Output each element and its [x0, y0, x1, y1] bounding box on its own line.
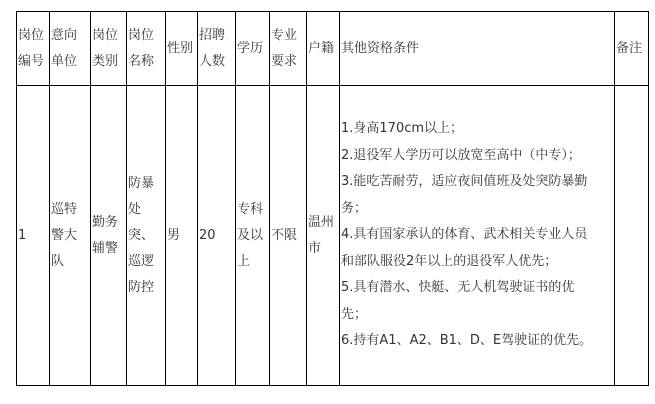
cell-count: 20: [198, 86, 236, 386]
table-row: 1 巡特警大队 勤务辅警 防暴处突、巡逻防控 男 20 专科及以上 不限 温州市…: [17, 86, 649, 386]
table-header-row: 岗位编号 意向单位 岗位类别 岗位名称 性别 招聘人数 学历 专业要求 户籍 其…: [17, 12, 649, 86]
cell-education: 专科及以上: [236, 86, 270, 386]
header-gender: 性别: [166, 12, 198, 86]
condition-line: 先；: [341, 302, 613, 329]
header-remarks: 备注: [615, 12, 649, 86]
condition-line: 4.具有国家承认的体育、武术相关专业人员: [341, 222, 613, 249]
header-post-no: 岗位编号: [17, 12, 50, 86]
header-unit: 意向单位: [50, 12, 91, 86]
condition-line: 5.具有潜水、快艇、无人机驾驶证书的优: [341, 275, 613, 302]
header-hukou: 户籍: [307, 12, 340, 86]
cell-post-no: 1: [17, 86, 50, 386]
cell-remarks: [615, 86, 649, 386]
condition-line: 和部队服役2年以上的退役军人优先；: [341, 249, 613, 276]
cell-post-name: 防暴处突、巡逻防控: [127, 86, 166, 386]
cell-hukou: 温州市: [307, 86, 340, 386]
condition-line: 1.身高170cm以上；: [341, 116, 613, 143]
cell-conditions: 1.身高170cm以上； 2.退役军人学历可以放宽至高中（中专）； 3.能吃苦耐…: [340, 86, 615, 386]
header-category: 岗位类别: [91, 12, 127, 86]
condition-line: 6.持有A1、A2、B1、D、E驾驶证的优先。: [341, 328, 613, 355]
cell-category: 勤务辅警: [91, 86, 127, 386]
condition-line: 务；: [341, 196, 613, 223]
header-major: 专业要求: [270, 12, 307, 86]
header-conditions: 其他资格条件: [340, 12, 615, 86]
recruitment-table: 岗位编号 意向单位 岗位类别 岗位名称 性别 招聘人数 学历 专业要求 户籍 其…: [16, 11, 649, 386]
condition-line: 3.能吃苦耐劳，适应夜间值班及处突防暴勤: [341, 169, 613, 196]
header-education: 学历: [236, 12, 270, 86]
cell-unit: 巡特警大队: [50, 86, 91, 386]
condition-line: 2.退役军人学历可以放宽至高中（中专）；: [341, 143, 613, 170]
cell-gender: 男: [166, 86, 198, 386]
cell-major: 不限: [270, 86, 307, 386]
header-post-name: 岗位名称: [127, 12, 166, 86]
header-count: 招聘人数: [198, 12, 236, 86]
